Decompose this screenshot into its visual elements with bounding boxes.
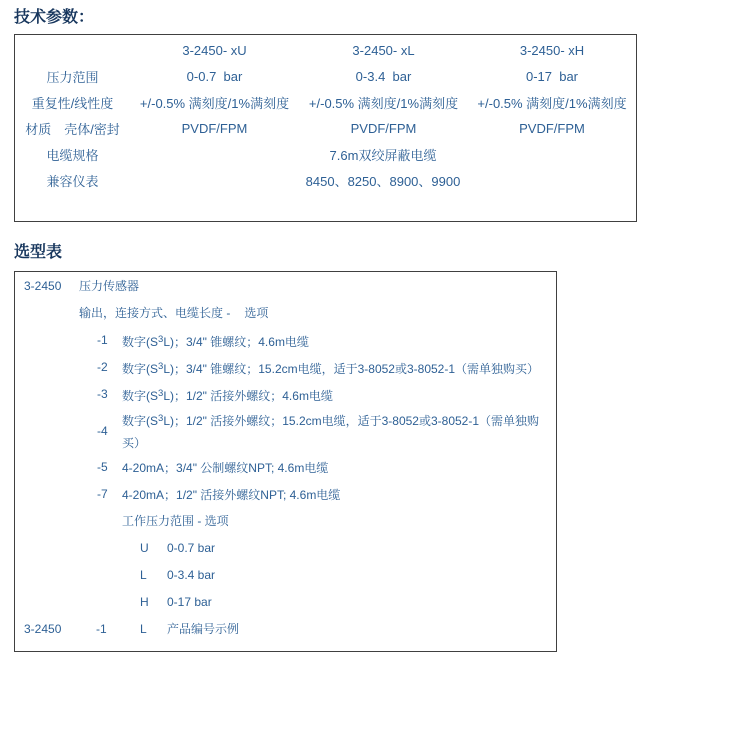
spec-row-label: 电缆规格 — [15, 141, 130, 167]
selection-table: 3-2450 压力传感器 输出，连接方式、电缆长度 - 选项 -1 数字(S3L… — [14, 271, 557, 652]
spec-cell: 0-3.4 bar — [299, 63, 468, 89]
option-row: -5 4-20mA；3/4" 公制螺纹NPT; 4.6m电缆 — [15, 454, 556, 481]
option-desc: 数字(S3L)；3/4" 锥螺纹；4.6m电缆 — [122, 329, 556, 353]
option-desc-post: L)；3/4" 锥螺纹；4.6m电缆 — [163, 335, 309, 349]
option-row: -3 数字(S3L)；1/2" 活接外螺纹；4.6m电缆 — [15, 381, 556, 408]
table-row: 压力范围 0-0.7 bar 0-3.4 bar 0-17 bar — [15, 63, 636, 89]
pressure-header-row: 工作压力范围 - 选项 — [15, 508, 556, 535]
spec-row-label: 材质 壳体/密封 — [15, 115, 130, 141]
option-desc-pre: 数字(S — [122, 414, 158, 428]
spec-header-empty — [15, 37, 130, 63]
example-pressure-code: L — [140, 616, 167, 643]
option-code: -3 — [97, 381, 122, 408]
pressure-option-row: U 0-0.7 bar — [15, 535, 556, 562]
spec-cell: PVDF/FPM — [130, 115, 299, 141]
option-desc: 数字(S3L)；1/2" 活接外螺纹；15.2cm电缆，适于3-8052或3-8… — [122, 408, 556, 454]
example-output-code: -1 — [96, 616, 126, 643]
option-code: -4 — [97, 418, 122, 445]
option-desc-post: L)；3/4" 锥螺纹；15.2cm电缆，适于3-8052或3-8052-1（需… — [163, 362, 539, 376]
pressure-value: 0-0.7 bar — [167, 535, 556, 562]
options-header-row: 输出，连接方式、电缆长度 - 选项 — [15, 300, 556, 327]
option-code: -1 — [97, 327, 122, 354]
option-desc-pre: 数字(S — [122, 335, 158, 349]
table-row: 兼容仪表 8450、8250、8900、9900 — [15, 167, 636, 193]
spec-table: 3-2450- xU 3-2450- xL 3-2450- xH 压力范围 0-… — [14, 34, 637, 222]
pressure-option-row: L 0-3.4 bar — [15, 562, 556, 589]
option-desc-post: L)；1/2" 活接外螺纹；15.2cm电缆，适于3-8052或3-8052-1… — [122, 414, 539, 450]
spec-row-label: 压力范围 — [15, 63, 130, 89]
option-code: -2 — [97, 354, 122, 381]
pressure-value: 0-17 bar — [167, 589, 556, 616]
option-desc: 数字(S3L)；3/4" 锥螺纹；15.2cm电缆，适于3-8052或3-805… — [122, 356, 556, 380]
spec-cell: +/-0.5% 满刻度/1%满刻度 — [468, 89, 636, 115]
table-row: 重复性/线性度 +/-0.5% 满刻度/1%满刻度 +/-0.5% 满刻度/1%… — [15, 89, 636, 115]
spec-cell: PVDF/FPM — [299, 115, 468, 141]
example-row: 3-2450 -1 L 产品编号示例 — [15, 616, 556, 643]
option-desc-pre: 数字(S — [122, 389, 158, 403]
pressure-option-row: H 0-17 bar — [15, 589, 556, 616]
option-code: -7 — [97, 481, 122, 508]
spec-span-cell: 8450、8250、8900、9900 — [130, 167, 636, 193]
options-header: 输出，连接方式、电缆长度 - — [79, 300, 230, 327]
model-row: 3-2450 压力传感器 — [15, 273, 556, 300]
option-desc: 4-20mA；3/4" 公制螺纹NPT; 4.6m电缆 — [122, 457, 556, 479]
spec-cell: 0-17 bar — [468, 63, 636, 89]
table-row: 材质 壳体/密封 PVDF/FPM PVDF/FPM PVDF/FPM — [15, 115, 636, 141]
spec-cell: +/-0.5% 满刻度/1%满刻度 — [299, 89, 468, 115]
spec-cell: 0-0.7 bar — [130, 63, 299, 89]
option-row: -1 数字(S3L)；3/4" 锥螺纹；4.6m电缆 — [15, 327, 556, 354]
option-row: -2 数字(S3L)；3/4" 锥螺纹；15.2cm电缆，适于3-8052或3-… — [15, 354, 556, 381]
example-label: 产品编号示例 — [167, 616, 556, 643]
model-number: 3-2450 — [24, 273, 79, 300]
specs-section-title: 技术参数： — [14, 8, 750, 28]
pressure-code: L — [140, 562, 167, 589]
model-description: 压力传感器 — [79, 273, 556, 300]
option-desc-pre: 4-20mA；1/2" 活接外螺纹NPT; 4.6m电缆 — [122, 488, 340, 502]
selection-section-title: 选型表 — [14, 243, 750, 263]
spec-cell: +/-0.5% 满刻度/1%满刻度 — [130, 89, 299, 115]
example-model: 3-2450 — [24, 616, 79, 643]
table-row: 电缆规格 7.6m双绞屏蔽电缆 — [15, 141, 636, 167]
option-row: -4 数字(S3L)；1/2" 活接外螺纹；15.2cm电缆，适于3-8052或… — [15, 408, 556, 454]
options-header-suffix: 选项 — [244, 300, 268, 327]
option-desc-pre: 数字(S — [122, 362, 158, 376]
option-desc-post: L)；1/2" 活接外螺纹；4.6m电缆 — [163, 389, 333, 403]
option-row: -7 4-20mA；1/2" 活接外螺纹NPT; 4.6m电缆 — [15, 481, 556, 508]
pressure-header: 工作压力范围 - 选项 — [122, 508, 229, 535]
pressure-value: 0-3.4 bar — [167, 562, 556, 589]
spec-header-row: 3-2450- xU 3-2450- xL 3-2450- xH — [15, 37, 636, 63]
option-desc: 数字(S3L)；1/2" 活接外螺纹；4.6m电缆 — [122, 383, 556, 407]
option-code: -5 — [97, 454, 122, 481]
spec-row-label: 兼容仪表 — [15, 167, 130, 193]
option-desc-pre: 4-20mA；3/4" 公制螺纹NPT; 4.6m电缆 — [122, 461, 328, 475]
spec-header-xl: 3-2450- xL — [299, 37, 468, 63]
spec-header-xh: 3-2450- xH — [468, 37, 636, 63]
spec-cell: PVDF/FPM — [468, 115, 636, 141]
option-desc: 4-20mA；1/2" 活接外螺纹NPT; 4.6m电缆 — [122, 484, 556, 506]
spec-span-cell: 7.6m双绞屏蔽电缆 — [130, 141, 636, 167]
pressure-code: U — [140, 535, 167, 562]
spec-header-xu: 3-2450- xU — [130, 37, 299, 63]
pressure-code: H — [140, 589, 167, 616]
spec-row-label: 重复性/线性度 — [15, 89, 130, 115]
